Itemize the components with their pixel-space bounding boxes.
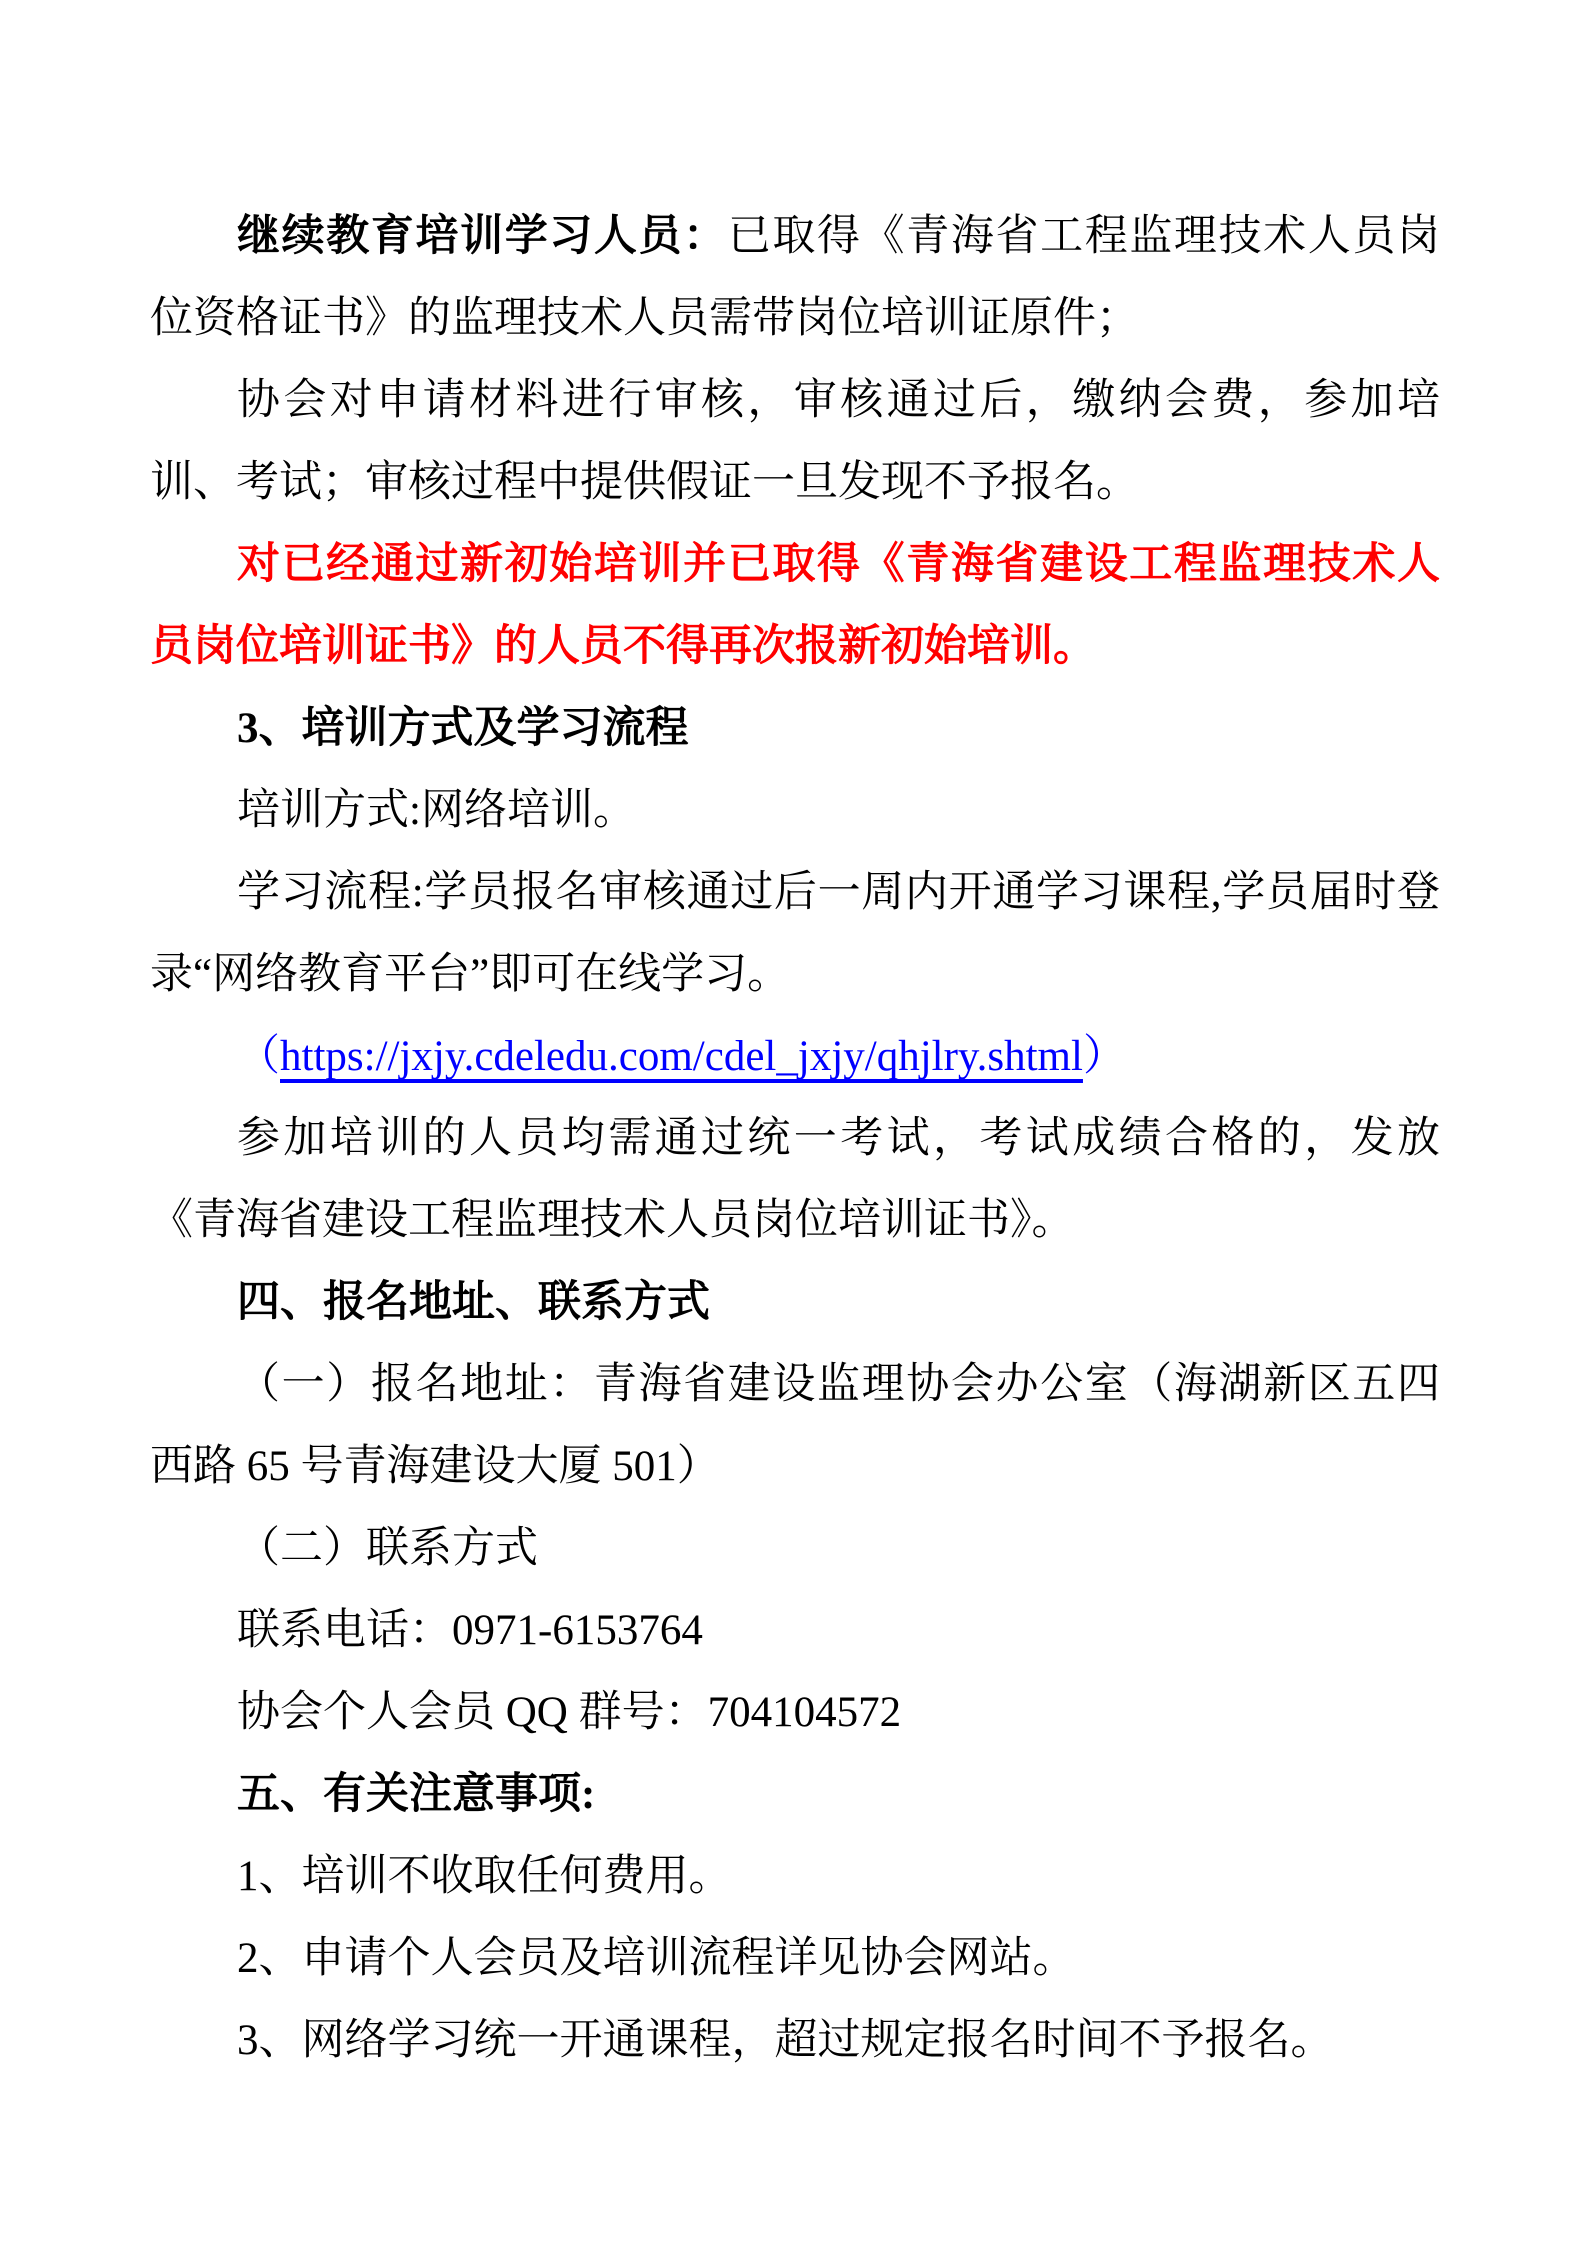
para-note-1: 1、培训不收取任何费用。 bbox=[150, 1836, 1440, 1918]
heading-notes: 五、有关注意事项: bbox=[150, 1754, 1440, 1836]
note-1-text: 1、培训不收取任何费用。 bbox=[237, 1853, 732, 1900]
heading-training-method: 3、培训方式及学习流程 bbox=[150, 688, 1440, 770]
note-3-text: 3、网络学习统一开通课程，超过规定报名时间不予报名。 bbox=[237, 2017, 1334, 2064]
para-training-method: 培训方式:网络培训。 bbox=[150, 770, 1440, 852]
url-open-paren: （ bbox=[237, 1033, 280, 1080]
document-page: 继续教育培训学习人员：已取得《青海省工程监理技术人员岗位资格证书》的监理技术人员… bbox=[0, 0, 1588, 2245]
continuing-education-label: 继续教育培训学习人员： bbox=[237, 213, 728, 260]
url-close-paren: ） bbox=[1083, 1033, 1126, 1080]
phone-text: 联系电话：0971-6153764 bbox=[237, 1607, 703, 1654]
registration-address-text: （一）报名地址：青海省建设监理协会办公室（海湖新区五四西路 65 号青海建设大厦… bbox=[150, 1361, 1440, 1490]
para-contact-subheading: （二）联系方式 bbox=[150, 1508, 1440, 1590]
heading-registration-contact-text: 四、报名地址、联系方式 bbox=[237, 1279, 710, 1326]
para-platform-url: （https://jxjy.cdeledu.com/cdel_jxjy/qhjl… bbox=[150, 1016, 1440, 1098]
heading-registration-contact: 四、报名地址、联系方式 bbox=[150, 1262, 1440, 1344]
para-registration-address: （一）报名地址：青海省建设监理协会办公室（海湖新区五四西路 65 号青海建设大厦… bbox=[150, 1344, 1440, 1508]
para-red-warning: 对已经通过新初始培训并已取得《青海省建设工程监理技术人员岗位培训证书》的人员不得… bbox=[150, 524, 1440, 688]
para-learning-process: 学习流程:学员报名审核通过后一周内开通学习课程,学员届时登录“网络教育平台”即可… bbox=[150, 852, 1440, 1016]
para-qq-group: 协会个人会员 QQ 群号：704104572 bbox=[150, 1672, 1440, 1754]
note-2-text: 2、申请个人会员及培训流程详见协会网站。 bbox=[237, 1935, 1076, 1982]
training-method-text: 培训方式:网络培训。 bbox=[237, 787, 636, 834]
para-note-2: 2、申请个人会员及培训流程详见协会网站。 bbox=[150, 1918, 1440, 2000]
heading-training-method-text: 3、培训方式及学习流程 bbox=[237, 705, 689, 752]
para-phone: 联系电话：0971-6153764 bbox=[150, 1590, 1440, 1672]
qq-group-text: 协会个人会员 QQ 群号：704104572 bbox=[237, 1689, 901, 1736]
exam-certificate-text: 参加培训的人员均需通过统一考试，考试成绩合格的，发放《青海省建设工程监理技术人员… bbox=[150, 1115, 1440, 1244]
para-review-process: 协会对申请材料进行审核，审核通过后，缴纳会费，参加培训、考试；审核过程中提供假证… bbox=[150, 360, 1440, 524]
learning-process-text: 学习流程:学员报名审核通过后一周内开通学习课程,学员届时登录“网络教育平台”即可… bbox=[150, 869, 1440, 998]
platform-url-link[interactable]: https://jxjy.cdeledu.com/cdel_jxjy/qhjlr… bbox=[280, 1033, 1083, 1080]
contact-subheading-text: （二）联系方式 bbox=[237, 1525, 538, 1572]
review-process-text: 协会对申请材料进行审核，审核通过后，缴纳会费，参加培训、考试；审核过程中提供假证… bbox=[150, 377, 1440, 506]
para-note-3: 3、网络学习统一开通课程，超过规定报名时间不予报名。 bbox=[150, 2000, 1440, 2082]
heading-notes-text: 五、有关注意事项: bbox=[237, 1771, 595, 1818]
red-warning-text: 对已经通过新初始培训并已取得《青海省建设工程监理技术人员岗位培训证书》的人员不得… bbox=[150, 541, 1440, 670]
para-exam-certificate: 参加培训的人员均需通过统一考试，考试成绩合格的，发放《青海省建设工程监理技术人员… bbox=[150, 1098, 1440, 1262]
para-continuing-education: 继续教育培训学习人员：已取得《青海省工程监理技术人员岗位资格证书》的监理技术人员… bbox=[150, 196, 1440, 360]
